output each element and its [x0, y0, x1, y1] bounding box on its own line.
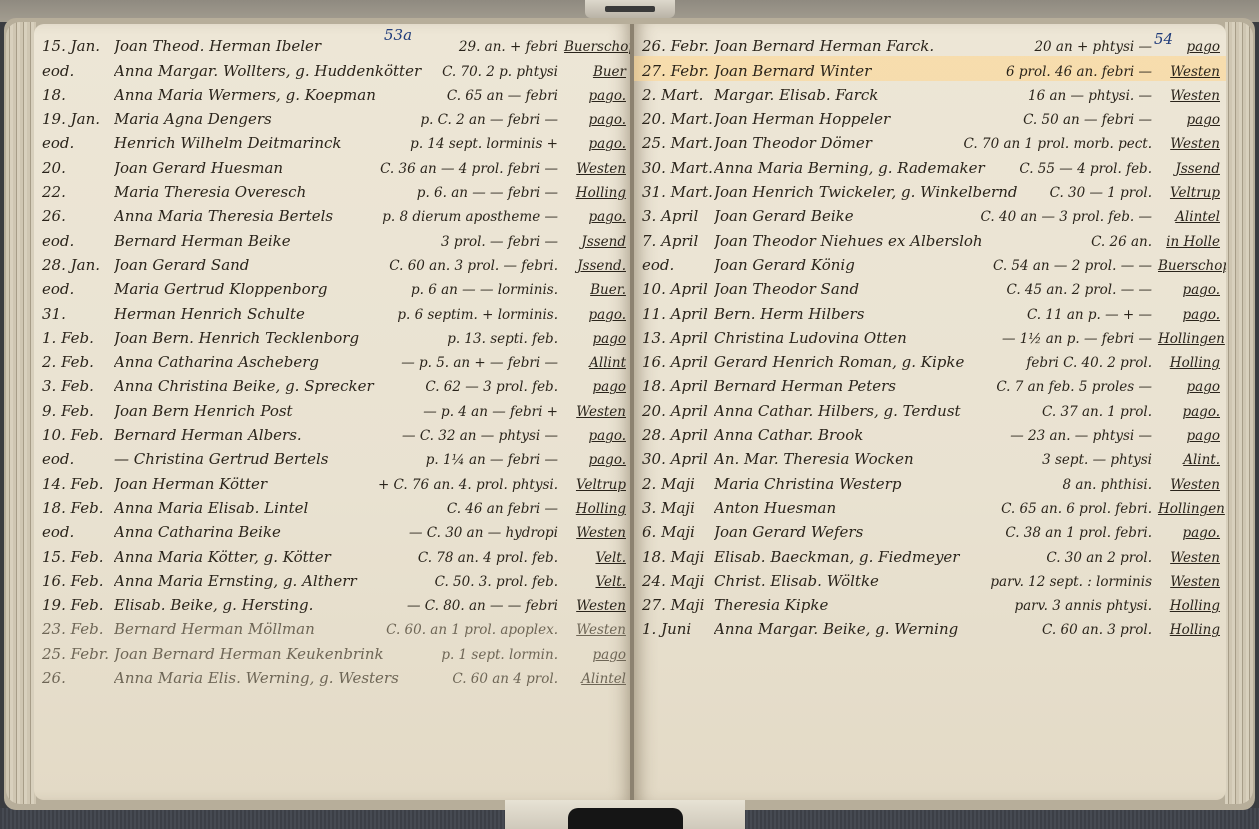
entry-date: 13. April	[642, 329, 714, 347]
entry-date: 15. Jan.	[42, 37, 114, 55]
entry-name: Anna Maria Berning, g. Rademaker	[714, 159, 1013, 177]
entry-details: p. 1 sept. lormin.	[441, 647, 558, 663]
entry-parish: pago.	[1158, 404, 1220, 420]
entry-parish: Westen	[564, 622, 626, 638]
entry-name: Joan Gerard Sand	[114, 256, 383, 274]
entry-details: C. 65 an. 6 prol. febri.	[1001, 501, 1152, 517]
entry-details: — p. 5. an + — febri —	[401, 355, 558, 371]
register-entry: 6. MajiJoan Gerard WefersC. 38 an 1 prol…	[642, 518, 1220, 542]
entry-parish: pago	[1158, 428, 1220, 444]
entry-date: 16. Feb.	[42, 572, 114, 590]
entry-details: C. 50. 3. prol. feb.	[435, 574, 558, 590]
entry-parish: Westen	[1158, 136, 1220, 152]
entry-date: 31.	[42, 305, 114, 323]
entry-name: Anna Maria Wermers, g. Koepman	[114, 86, 441, 104]
entry-parish: Westen	[1158, 550, 1220, 566]
register-entry: 1. JuniAnna Margar. Beike, g. WerningC. …	[642, 615, 1220, 639]
entry-details: C. 30 — 1 prol.	[1050, 185, 1152, 201]
entry-details: p. 6 septim. + lorminis.	[397, 307, 558, 323]
entry-details: C. 70. 2 p. phtysi	[442, 64, 558, 80]
register-entry: eod.Maria Gertrud Kloppenborgp. 6 an — —…	[42, 275, 626, 299]
entry-name: Bern. Herm Hilbers	[714, 305, 1021, 323]
entry-name: Elisab. Baeckman, g. Fiedmeyer	[714, 548, 1040, 566]
register-entry: 30. Mart.Anna Maria Berning, g. Rademake…	[642, 153, 1220, 177]
register-entry: 18. AprilBernard Herman PetersC. 7 an fe…	[642, 372, 1220, 396]
entry-name: Elisab. Beike, g. Hersting.	[114, 596, 401, 614]
entry-name: Joan Gerard Beike	[714, 207, 975, 225]
entry-parish: Westen	[1158, 88, 1220, 104]
entry-parish: Westen	[1158, 477, 1220, 493]
entry-name: Joan Bernard Herman Keukenbrink	[114, 645, 435, 663]
entry-details: p. 14 sept. lorminis +	[410, 136, 558, 152]
entry-parish: Buer.	[564, 282, 626, 298]
entry-details: 8 an. phthisi.	[1062, 477, 1152, 493]
entry-date: 20. April	[642, 402, 714, 420]
entry-parish: Buerschop	[564, 39, 626, 55]
entry-parish: Westen	[564, 598, 626, 614]
register-entry: 19. Feb.Elisab. Beike, g. Hersting.— C. …	[42, 591, 626, 615]
entry-details: p. 6. an — — febri —	[417, 185, 558, 201]
entry-parish: Jssend.	[564, 258, 626, 274]
entry-parish: pago.	[564, 112, 626, 128]
entry-date: 16. April	[642, 353, 714, 371]
entry-details: 3 prol. — febri —	[441, 234, 558, 250]
entry-details: C. 60. an 1 prol. apoplex.	[386, 622, 558, 638]
entry-parish: pago.	[564, 452, 626, 468]
entry-name: Anna Maria Ernsting, g. Altherr	[114, 572, 429, 590]
entry-parish: Holling	[1158, 355, 1220, 371]
entry-name: Joan Bernard Herman Farck.	[714, 37, 1028, 55]
entry-details: + C. 76 an. 4. prol. phtysi.	[378, 477, 558, 493]
entry-date: 10. Feb.	[42, 426, 114, 444]
entry-details: C. 38 an 1 prol. febri.	[1005, 525, 1152, 541]
entry-details: p. 6 an — — lorminis.	[411, 282, 558, 298]
entry-date: 28. April	[642, 426, 714, 444]
entry-name: Gerard Henrich Roman, g. Kipke	[714, 353, 1020, 371]
register-entry: 23. Feb.Bernard Herman MöllmanC. 60. an …	[42, 615, 626, 639]
entry-parish: Holling	[1158, 622, 1220, 638]
entry-date: 1. Feb.	[42, 329, 114, 347]
register-entry: 13. AprilChristina Ludovina Otten— 1½ an…	[642, 324, 1220, 348]
entry-details: — p. 4 an — febri +	[423, 404, 558, 420]
entry-date: 7. April	[642, 232, 714, 250]
register-entry: 14. Feb.Joan Herman Kötter+ C. 76 an. 4.…	[42, 469, 626, 493]
entry-name: Bernard Herman Peters	[714, 377, 990, 395]
entry-parish: Westen	[564, 404, 626, 420]
entry-name: Anna Margar. Beike, g. Werning	[714, 620, 1036, 638]
entry-details: C. 26 an.	[1091, 234, 1152, 250]
register-entry: eod.— Christina Gertrud Bertelsp. 1¼ an …	[42, 445, 626, 469]
entry-name: Joan Gerard König	[714, 256, 987, 274]
entry-details: p. C. 2 an — febri —	[420, 112, 558, 128]
entry-details: — C. 80. an — — febri	[407, 598, 558, 614]
entry-details: febri C. 40. 2 prol.	[1026, 355, 1152, 371]
entry-details: C. 60 an. 3 prol. — febri.	[389, 258, 558, 274]
register-entry: 26. Febr.Joan Bernard Herman Farck.20 an…	[642, 32, 1220, 56]
entry-date: 26.	[42, 669, 114, 687]
entry-name: Joan Theod. Herman Ibeler	[114, 37, 453, 55]
entry-parish: Hollingen	[1158, 501, 1220, 517]
entry-name: Joan Henrich Twickeler, g. Winkelbernd	[714, 183, 1044, 201]
entry-name: Maria Gertrud Kloppenborg	[114, 280, 405, 298]
register-entry: 3. MajiAnton HuesmanC. 65 an. 6 prol. fe…	[642, 494, 1220, 518]
entry-date: 31. Mart.	[642, 183, 714, 201]
register-entry: 25. Febr.Joan Bernard Herman Keukenbrink…	[42, 639, 626, 663]
register-entry: 20. AprilAnna Cathar. Hilbers, g. Terdus…	[642, 396, 1220, 420]
entry-name: Anna Maria Elisab. Lintel	[114, 499, 441, 517]
entry-details: C. 50 an — febri —	[1023, 112, 1152, 128]
register-entry: 15. Jan.Joan Theod. Herman Ibeler29. an.…	[42, 32, 626, 56]
entry-name: Joan Bernard Winter	[714, 62, 1000, 80]
entry-date: 26.	[42, 207, 114, 225]
register-entries: 26. Febr.Joan Bernard Herman Farck.20 an…	[642, 32, 1220, 639]
entry-name: Joan Bern. Henrich Tecklenborg	[114, 329, 441, 347]
register-entry: 2. Mart.Margar. Elisab. Farck16 an — pht…	[642, 81, 1220, 105]
entry-date: 25. Mart.	[642, 134, 714, 152]
register-entry: 10. Feb.Bernard Herman Albers.— C. 32 an…	[42, 421, 626, 445]
register-entry: 2. Feb.Anna Catharina Ascheberg— p. 5. a…	[42, 348, 626, 372]
register-entry: 16. Feb.Anna Maria Ernsting, g. AltherrC…	[42, 567, 626, 591]
entry-parish: Hollingen	[1158, 331, 1220, 347]
entry-details: C. 46 an febri —	[447, 501, 558, 517]
entry-details: 20 an + phtysi —	[1034, 39, 1152, 55]
register-entry: 31.Herman Henrich Schultep. 6 septim. + …	[42, 299, 626, 323]
entry-details: parv. 12 sept. : lorminis	[990, 574, 1152, 590]
entry-name: Margar. Elisab. Farck	[714, 86, 1022, 104]
register-entry: 18. MajiElisab. Baeckman, g. FiedmeyerC.…	[642, 542, 1220, 566]
entry-parish: Veltrup	[1158, 185, 1220, 201]
entry-name: Bernard Herman Albers.	[114, 426, 396, 444]
page-edges-right	[1225, 22, 1253, 804]
entry-name: Joan Gerard Wefers	[714, 523, 999, 541]
entry-details: — C. 32 an — phtysi —	[402, 428, 558, 444]
entry-details: — C. 30 an — hydropi	[409, 525, 558, 541]
entry-name: Joan Theodor Sand	[714, 280, 1000, 298]
left-page: 53a 15. Jan.Joan Theod. Herman Ibeler29.…	[34, 24, 632, 800]
entry-parish: Velt.	[564, 550, 626, 566]
entry-name: Henrich Wilhelm Deitmarinck	[114, 134, 404, 152]
entry-details: C. 30 an 2 prol.	[1046, 550, 1152, 566]
entry-details: C. 60 an. 3 prol.	[1042, 622, 1152, 638]
entry-date: 30. April	[642, 450, 714, 468]
entry-name: Anna Maria Kötter, g. Kötter	[114, 548, 412, 566]
book-clip-top	[585, 0, 675, 18]
entry-parish: Allint	[564, 355, 626, 371]
register-entry: 3. Feb.Anna Christina Beike, g. Sprecker…	[42, 372, 626, 396]
entry-name: Christina Ludovina Otten	[714, 329, 996, 347]
entry-date: 18.	[42, 86, 114, 104]
entry-date: 27. Maji	[642, 596, 714, 614]
register-entry: 31. Mart.Joan Henrich Twickeler, g. Wink…	[642, 178, 1220, 202]
entry-details: — 23 an. — phtysi —	[1010, 428, 1152, 444]
entry-parish: Holling	[1158, 598, 1220, 614]
entry-name: Anton Huesman	[714, 499, 995, 517]
entry-details: — 1½ an p. — febri —	[1002, 331, 1152, 347]
entry-parish: pago.	[564, 209, 626, 225]
entry-date: 30. Mart.	[642, 159, 714, 177]
entry-name: Joan Theodor Dömer	[714, 134, 958, 152]
entry-name: Joan Theodor Niehues ex Albersloh	[714, 232, 1085, 250]
entry-name: Joan Herman Kötter	[114, 475, 372, 493]
entry-name: An. Mar. Theresia Wocken	[714, 450, 1036, 468]
entry-parish: Buer	[564, 64, 626, 80]
entry-date: 23. Feb.	[42, 620, 114, 638]
entry-date: 20. Mart.	[642, 110, 714, 128]
entry-date: eod.	[42, 134, 114, 152]
entry-date: 28. Jan.	[42, 256, 114, 274]
entry-name: Anna Catharina Beike	[114, 523, 403, 541]
register-entry: eod.Henrich Wilhelm Deitmarinckp. 14 sep…	[42, 129, 626, 153]
register-entry: 19. Jan.Maria Agna Dengersp. C. 2 an — f…	[42, 105, 626, 129]
entry-date: 19. Jan.	[42, 110, 114, 128]
entry-parish: Buerschop	[1158, 258, 1220, 274]
entry-name: Joan Herman Hoppeler	[714, 110, 1017, 128]
register-entry: 20. Mart.Joan Herman HoppelerC. 50 an — …	[642, 105, 1220, 129]
entry-name: Anna Catharina Ascheberg	[114, 353, 395, 371]
entry-details: C. 65 an — febri	[447, 88, 558, 104]
register-entry: 3. AprilJoan Gerard BeikeC. 40 an — 3 pr…	[642, 202, 1220, 226]
entry-date: eod.	[642, 256, 714, 274]
entry-details: C. 62 — 3 prol. feb.	[425, 379, 558, 395]
entry-details: p. 1¼ an — febri —	[426, 452, 558, 468]
entry-details: C. 36 an — 4 prol. febri —	[380, 161, 558, 177]
entry-date: 15. Feb.	[42, 548, 114, 566]
entry-name: Theresia Kipke	[714, 596, 1008, 614]
entry-details: C. 60 an 4 prol.	[452, 671, 558, 687]
entry-details: C. 55 — 4 prol. feb.	[1019, 161, 1152, 177]
register-entry: eod.Anna Margar. Wollters, g. Huddenkött…	[42, 56, 626, 80]
entry-date: 26. Febr.	[642, 37, 714, 55]
register-entry: 20.Joan Gerard HuesmanC. 36 an — 4 prol.…	[42, 153, 626, 177]
entry-details: p. 13. septi. feb.	[447, 331, 558, 347]
entry-parish: Holling	[564, 185, 626, 201]
register-entry: 22.Maria Theresia Overeschp. 6. an — — f…	[42, 178, 626, 202]
register-entry-highlighted: 27. Febr.Joan Bernard Winter6 prol. 46 a…	[634, 56, 1226, 80]
entry-date: 2. Feb.	[42, 353, 114, 371]
register-entries: 15. Jan.Joan Theod. Herman Ibeler29. an.…	[42, 32, 626, 688]
entry-name: Joan Gerard Huesman	[114, 159, 374, 177]
entry-date: eod.	[42, 232, 114, 250]
entry-parish: pago.	[1158, 525, 1220, 541]
entry-parish: in Holle	[1158, 234, 1220, 250]
entry-name: Maria Agna Dengers	[114, 110, 414, 128]
entry-details: C. 54 an — 2 prol. — —	[993, 258, 1152, 274]
entry-details: p. 8 dierum apostheme —	[382, 209, 558, 225]
entry-date: eod.	[42, 450, 114, 468]
entry-date: 3. Feb.	[42, 377, 114, 395]
register-entry: 26.Anna Maria Theresia Bertelsp. 8 dieru…	[42, 202, 626, 226]
register-entry: eod.Bernard Herman Beike3 prol. — febri …	[42, 226, 626, 250]
entry-name: Anna Maria Elis. Werning, g. Westers	[114, 669, 446, 687]
entry-name: Anna Cathar. Brook	[714, 426, 1004, 444]
entry-details: parv. 3 annis phtysi.	[1014, 598, 1152, 614]
entry-date: 3. April	[642, 207, 714, 225]
entry-date: 18. Maji	[642, 548, 714, 566]
register-entry: 24. MajiChrist. Elisab. Wöltkeparv. 12 s…	[642, 567, 1220, 591]
register-entry: 25. Mart.Joan Theodor DömerC. 70 an 1 pr…	[642, 129, 1220, 153]
entry-details: C. 37 an. 1 prol.	[1042, 404, 1152, 420]
entry-parish: pago	[564, 331, 626, 347]
entry-parish: Westen	[1158, 574, 1220, 590]
entry-parish: pago	[564, 379, 626, 395]
entry-date: 6. Maji	[642, 523, 714, 541]
entry-name: Christ. Elisab. Wöltke	[714, 572, 984, 590]
entry-name: Anna Maria Theresia Bertels	[114, 207, 376, 225]
register-entry: 18.Anna Maria Wermers, g. KoepmanC. 65 a…	[42, 81, 626, 105]
entry-details: 29. an. + febri	[459, 39, 558, 55]
entry-parish: Veltrup	[564, 477, 626, 493]
entry-date: 24. Maji	[642, 572, 714, 590]
register-entry: 10. AprilJoan Theodor SandC. 45 an. 2 pr…	[642, 275, 1220, 299]
entry-name: Anna Margar. Wollters, g. Huddenkötter	[114, 62, 436, 80]
register-entry: 2. MajiMaria Christina Westerp8 an. phth…	[642, 469, 1220, 493]
entry-parish: Alint.	[1158, 452, 1220, 468]
entry-date: 27. Febr.	[642, 62, 714, 80]
register-entry: 9. Feb.Joan Bern Henrich Post— p. 4 an —…	[42, 396, 626, 420]
entry-name: Bernard Herman Möllman	[114, 620, 380, 638]
entry-date: 11. April	[642, 305, 714, 323]
entry-details: C. 7 an feb. 5 proles —	[996, 379, 1152, 395]
register-entry: 26.Anna Maria Elis. Werning, g. WestersC…	[42, 664, 626, 688]
entry-name: Maria Christina Westerp	[714, 475, 1056, 493]
entry-date: 18. Feb.	[42, 499, 114, 517]
entry-name: Herman Henrich Schulte	[114, 305, 391, 323]
entry-name: Maria Theresia Overesch	[114, 183, 411, 201]
register-entry: 15. Feb.Anna Maria Kötter, g. KötterC. 7…	[42, 542, 626, 566]
register-entry: 11. AprilBern. Herm HilbersC. 11 an p. —…	[642, 299, 1220, 323]
entry-details: C. 70 an 1 prol. morb. pect.	[964, 136, 1152, 152]
entry-parish: Westen	[564, 525, 626, 541]
entry-details: 16 an — phtysi. —	[1028, 88, 1152, 104]
entry-details: C. 78 an. 4 prol. feb.	[418, 550, 558, 566]
entry-parish: pago	[1158, 112, 1220, 128]
entry-parish: pago.	[1158, 282, 1220, 298]
entry-date: 2. Maji	[642, 475, 714, 493]
entry-parish: Alintel	[564, 671, 626, 687]
entry-date: 18. April	[642, 377, 714, 395]
entry-parish: pago	[564, 647, 626, 663]
register-entry: 28. AprilAnna Cathar. Brook— 23 an. — ph…	[642, 421, 1220, 445]
entry-name: Anna Cathar. Hilbers, g. Terdust	[714, 402, 1036, 420]
entry-date: 25. Febr.	[42, 645, 114, 663]
entry-date: 1. Juni	[642, 620, 714, 638]
entry-name: Joan Bern Henrich Post	[114, 402, 417, 420]
entry-parish: Holling	[564, 501, 626, 517]
entry-date: 14. Feb.	[42, 475, 114, 493]
register-entry: 1. Feb.Joan Bern. Henrich Tecklenborgp. …	[42, 324, 626, 348]
entry-date: 19. Feb.	[42, 596, 114, 614]
entry-date: 9. Feb.	[42, 402, 114, 420]
entry-details: 6 prol. 46 an. febri —	[1006, 64, 1152, 80]
entry-date: 22.	[42, 183, 114, 201]
entry-date: 3. Maji	[642, 499, 714, 517]
book-clip-bottom	[505, 800, 745, 829]
register-entry: 18. Feb.Anna Maria Elisab. LintelC. 46 a…	[42, 494, 626, 518]
right-page: 54 26. Febr.Joan Bernard Herman Farck.20…	[634, 24, 1226, 800]
entry-date: eod.	[42, 62, 114, 80]
entry-date: 20.	[42, 159, 114, 177]
entry-details: C. 45 an. 2 prol. — —	[1006, 282, 1152, 298]
entry-parish: pago.	[564, 428, 626, 444]
page-edges-left	[6, 22, 36, 804]
entry-parish: pago.	[564, 136, 626, 152]
entry-date: eod.	[42, 280, 114, 298]
entry-details: C. 11 an p. — + —	[1027, 307, 1152, 323]
register-entry: 28. Jan.Joan Gerard SandC. 60 an. 3 prol…	[42, 251, 626, 275]
entry-date: 10. April	[642, 280, 714, 298]
entry-name: Anna Christina Beike, g. Sprecker	[114, 377, 419, 395]
entry-parish: pago	[1158, 379, 1220, 395]
entry-parish: Westen	[1158, 64, 1220, 80]
entry-parish: Jssend	[564, 234, 626, 250]
register-entry: eod.Anna Catharina Beike— C. 30 an — hyd…	[42, 518, 626, 542]
register-entry: 16. AprilGerard Henrich Roman, g. Kipkef…	[642, 348, 1220, 372]
entry-details: C. 40 an — 3 prol. feb. —	[981, 209, 1152, 225]
register-entry: 30. AprilAn. Mar. Theresia Wocken3 sept.…	[642, 445, 1220, 469]
entry-parish: pago.	[564, 88, 626, 104]
entry-details: 3 sept. — phtysi	[1042, 452, 1152, 468]
register-entry: eod.Joan Gerard KönigC. 54 an — 2 prol. …	[642, 251, 1220, 275]
entry-name: Bernard Herman Beike	[114, 232, 435, 250]
entry-parish: Velt.	[564, 574, 626, 590]
entry-parish: pago	[1158, 39, 1220, 55]
entry-date: 2. Mart.	[642, 86, 714, 104]
entry-parish: Jssend	[1158, 161, 1220, 177]
entry-parish: Alintel	[1158, 209, 1220, 225]
entry-parish: pago.	[1158, 307, 1220, 323]
entry-name: — Christina Gertrud Bertels	[114, 450, 420, 468]
entry-date: eod.	[42, 523, 114, 541]
register-entry: 7. AprilJoan Theodor Niehues ex Alberslo…	[642, 226, 1220, 250]
entry-parish: pago.	[564, 307, 626, 323]
register-entry: 27. MajiTheresia Kipkeparv. 3 annis phty…	[642, 591, 1220, 615]
entry-parish: Westen	[564, 161, 626, 177]
